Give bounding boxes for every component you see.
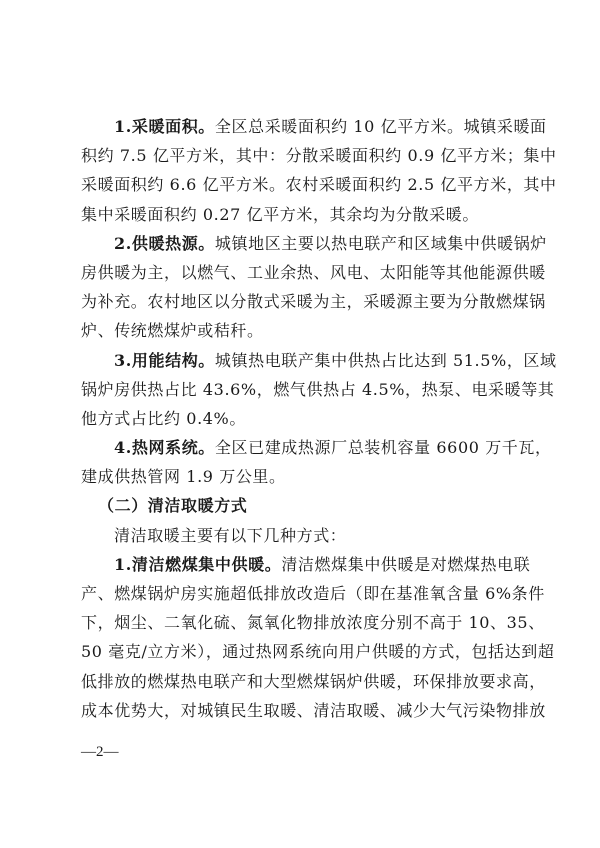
paragraph-3-line-2: 锅炉房供热占比 43.6%，燃气供热占 4.5%，热泵、电采暖等其 [81,375,523,404]
method-paragraph-line-6: 成本优势大，对城镇民生取暖、清洁取暖、减少大气污染物排放 [81,696,523,725]
method-paragraph-line-4: 50 毫克/立方米），通过热网系统向用户供暖的方式，包括达到超 [81,637,523,666]
paragraph-2-line-2: 房供暖为主，以燃气、工业余热、风电、太阳能等其他能源供暖 [81,258,523,287]
paragraph-4-line-2: 建成供热管网 1.9 万公里。 [81,462,523,491]
section-intro: 清洁取暖主要有以下几种方式： [81,521,523,550]
method-paragraph-line-2: 产、燃煤锅炉房实施超低排放改造后（即在基准氧含量 6%条件 [81,579,523,608]
method-paragraph-line-3: 下，烟尘、二氧化硫、氮氧化物排放浓度分别不高于 10、35、 [81,608,523,637]
paragraph-4-heading: 4.热网系统。 [114,438,215,457]
paragraph-1-line-2: 积约 7.5 亿平方米，其中：分散采暖面积约 0.9 亿平方米；集中 [81,141,523,170]
document-page: 1.采暖面积。全区总采暖面积约 10 亿平方米。城镇采暖面 积约 7.5 亿平方… [0,0,600,848]
paragraph-2-line-3: 为补充。农村地区以分散式采暖为主，采暖源主要为分散燃煤锅 [81,287,523,316]
paragraph-1-line-3: 采暖面积约 6.6 亿平方米。农村采暖面积约 2.5 亿平方米，其中 [81,170,523,199]
paragraph-1-heading: 1.采暖面积。 [114,117,215,136]
document-body: 1.采暖面积。全区总采暖面积约 10 亿平方米。城镇采暖面 积约 7.5 亿平方… [81,112,523,725]
paragraph-3-heading: 3.用能结构。 [114,351,215,370]
paragraph-4-line-1: 4.热网系统。全区已建成热源厂总装机容量 6600 万千瓦， [81,433,523,462]
paragraph-1-line-4: 集中采暖面积约 0.27 亿平方米，其余均为分散采暖。 [81,200,523,229]
paragraph-2-line-4: 炉、传统燃煤炉或秸秆。 [81,316,523,345]
method-paragraph-line-5: 低排放的燃煤热电联产和大型燃煤锅炉供暖，环保排放要求高， [81,667,523,696]
paragraph-2-heading: 2.供暖热源。 [114,234,215,253]
section-heading: （二）清洁取暖方式 [81,491,523,520]
paragraph-3-line-3: 他方式占比约 0.4%。 [81,404,523,433]
page-number: —2— [81,744,119,761]
method-paragraph-line-1: 1.清洁燃煤集中供暖。清洁燃煤集中供暖是对燃煤热电联 [81,550,523,579]
method-paragraph-heading: 1.清洁燃煤集中供暖。 [114,555,281,574]
paragraph-2-line-1: 2.供暖热源。城镇地区主要以热电联产和区域集中供暖锅炉 [81,229,523,258]
paragraph-3-line-1: 3.用能结构。城镇热电联产集中供热占比达到 51.5%，区域 [81,346,523,375]
paragraph-1-line-1: 1.采暖面积。全区总采暖面积约 10 亿平方米。城镇采暖面 [81,112,523,141]
